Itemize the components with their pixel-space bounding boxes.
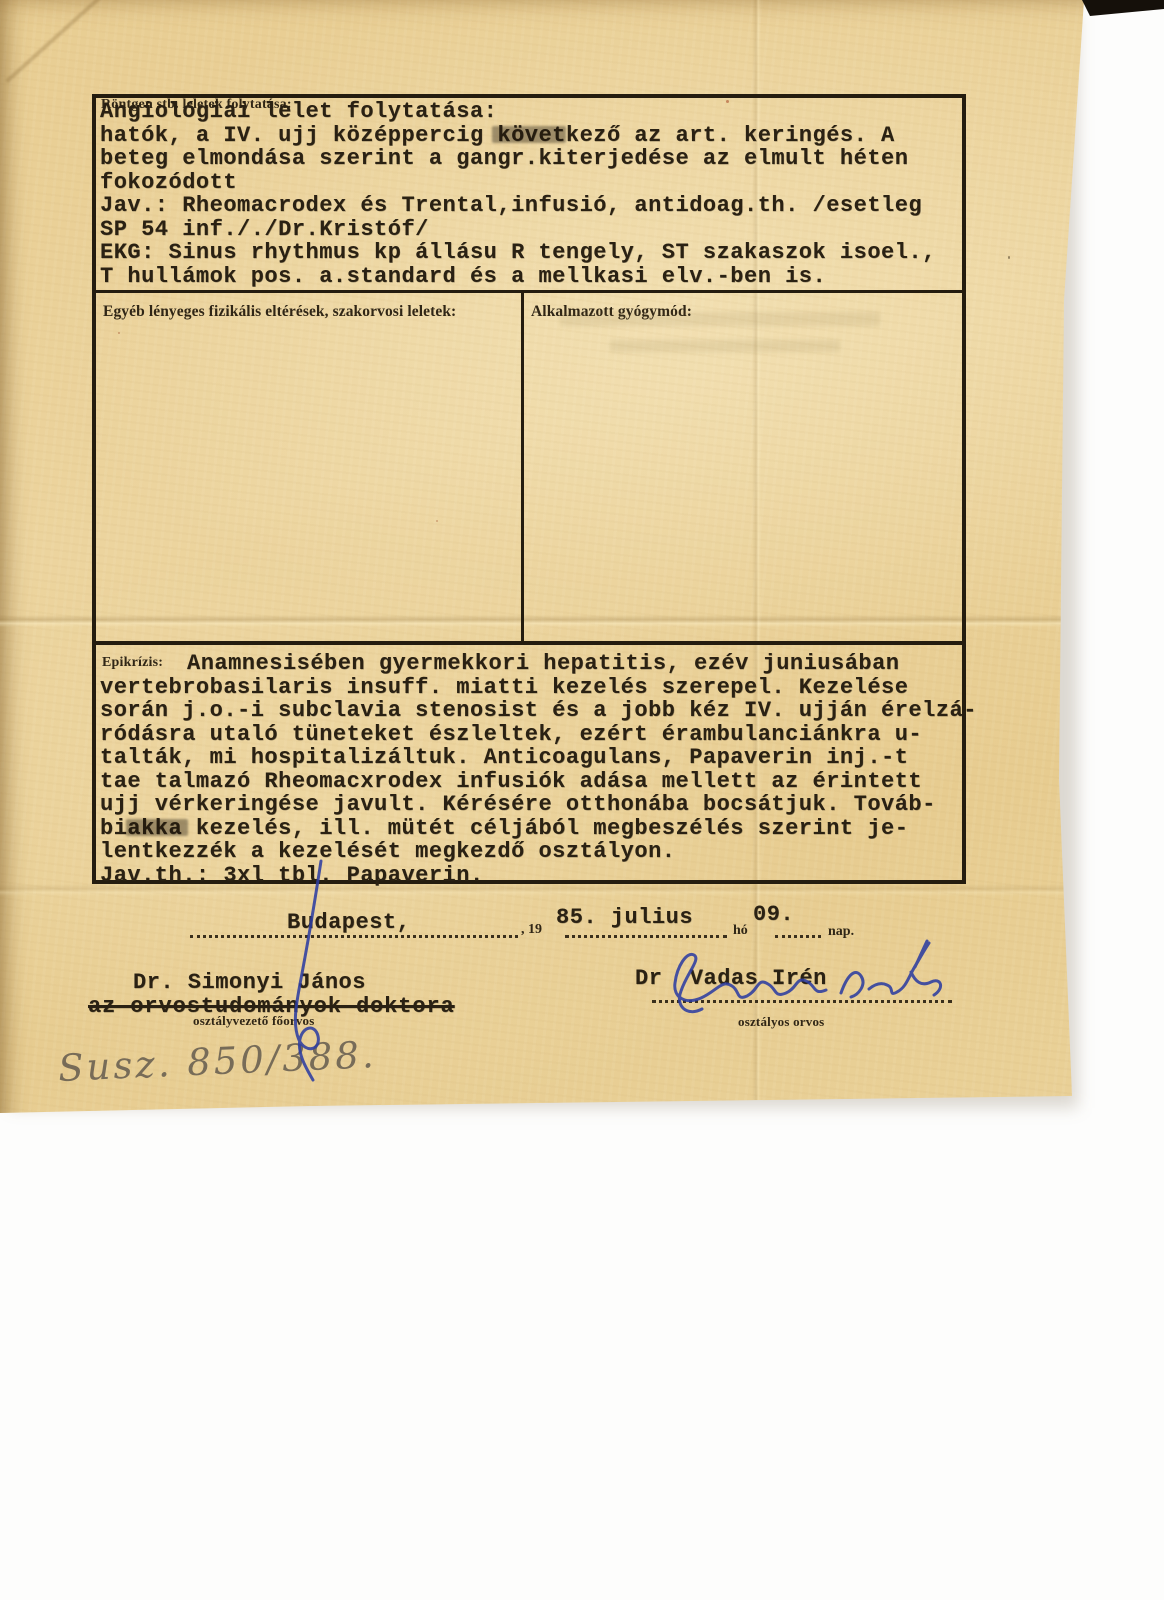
ink-smudge xyxy=(126,819,188,836)
ink-smudge xyxy=(492,126,566,143)
scanned-medical-document: Röntgen stb. leletek folytatása: Angioló… xyxy=(0,0,1164,1600)
date-month-label: hó xyxy=(733,923,748,939)
signature-left-name: Dr. Simonyi János xyxy=(133,971,366,994)
form-rule-horizontal xyxy=(92,641,966,645)
typewritten-line: EKG: Sinus rhythmus kp állásu R tengely,… xyxy=(100,241,936,264)
paper-fleck xyxy=(1008,256,1010,259)
typewritten-line: T hullámok pos. a.standard és a mellkasi… xyxy=(100,265,826,288)
typewritten-line: Jav.th.: 3xl tbl. Papaverin. xyxy=(100,864,484,887)
typewritten-line: vertebrobasilaris insuff. miatti kezelés… xyxy=(100,676,908,699)
typewritten-line: SP 54 inf././Dr.Kristóf/ xyxy=(100,218,429,241)
typewritten-line: Angiológiai lelet folytatása: xyxy=(100,100,497,123)
column-header-left: Egyéb lényeges fizikális eltérések, szak… xyxy=(103,303,456,321)
typewritten-line: beteg elmondása szerint a gangr.kiterjed… xyxy=(100,147,908,170)
typewritten-line: ujj vérkeringése javult. Kérésére otthon… xyxy=(100,793,936,816)
handwritten-registry-number: Susz. 850/388. xyxy=(57,1033,377,1090)
ink-bleed-ghost xyxy=(560,312,880,326)
fold-mark xyxy=(5,0,127,83)
form-rule-horizontal xyxy=(92,290,966,293)
signature-left-role: osztályvezető főorvos xyxy=(193,1013,315,1029)
typewritten-line: ródásra utaló tüneteket észleltek, ezért… xyxy=(100,723,922,746)
form-rule-vertical xyxy=(521,290,524,645)
signature-right-role: osztályos orvos xyxy=(738,1014,824,1030)
date-printed-prefix: , 19 xyxy=(521,922,542,938)
typewritten-line: lentkezzék a kezelését megkezdő osztályo… xyxy=(100,840,676,863)
dotted-line xyxy=(190,935,518,938)
typewritten-line: során j.o.-i subclavia stenosist és a jo… xyxy=(100,699,977,722)
typewritten-line: fokozódott xyxy=(100,171,237,194)
epicrisis-label: Epikrízis: xyxy=(102,655,163,671)
typewritten-line: talták, mi hospitalizáltuk. Anticoagulan… xyxy=(100,746,908,769)
dotted-line xyxy=(652,1000,952,1003)
date-city: Budapest, xyxy=(287,911,410,934)
date-day: 09. xyxy=(753,903,794,926)
dotted-line xyxy=(775,935,821,938)
paper-sheet: Röntgen stb. leletek folytatása: Angioló… xyxy=(0,0,1164,1600)
ink-bleed-ghost xyxy=(610,340,840,352)
typewritten-line: Jav.: Rheomacrodex és Trental,infusió, a… xyxy=(100,194,922,217)
typewritten-line: biakka kezelés, ill. mütét céljából megb… xyxy=(100,817,908,840)
typewritten-line: tae talmazó Rheomacxrodex infusiók adása… xyxy=(100,770,922,793)
date-day-label: nap. xyxy=(828,924,854,940)
signature-right-name: Dr Vadas Irén xyxy=(635,967,827,990)
dotted-line xyxy=(565,935,727,938)
date-year-month: 85. julius xyxy=(556,906,693,929)
typewritten-line: Anamnesisében gyermekkori hepatitis, ezé… xyxy=(187,652,900,675)
